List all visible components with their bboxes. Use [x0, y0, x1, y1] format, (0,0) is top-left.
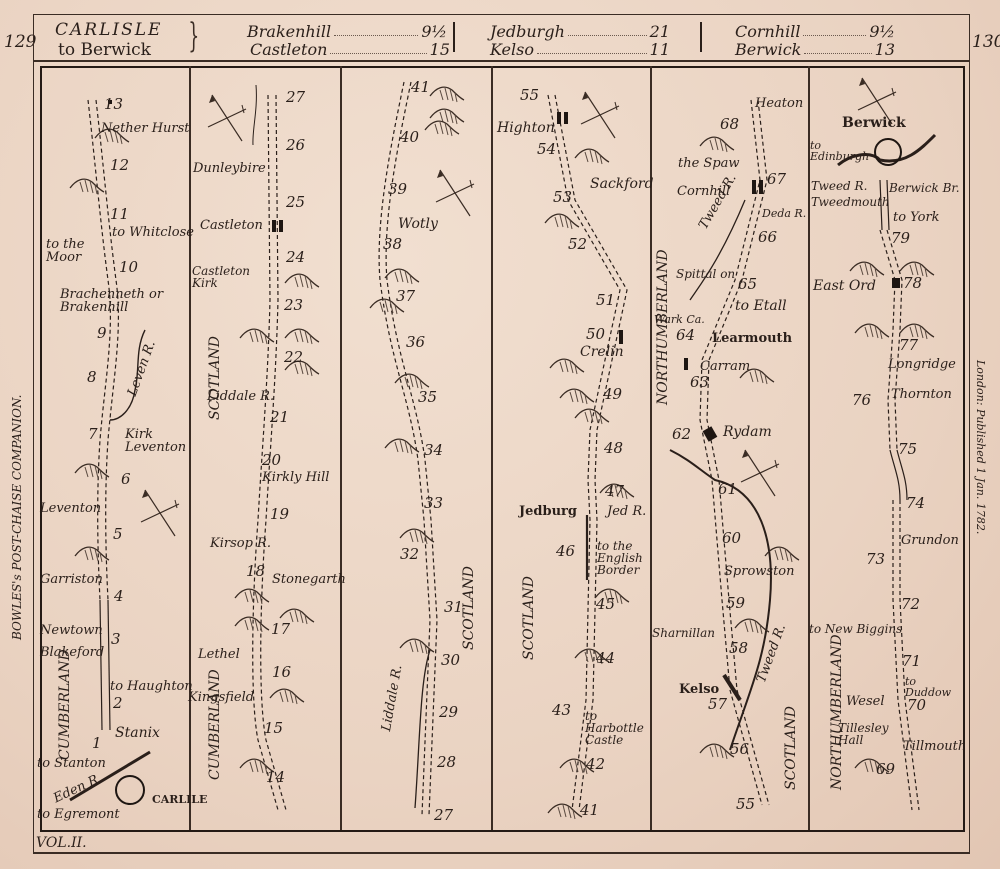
milestone: 43: [552, 703, 571, 718]
milestone: 55: [520, 88, 539, 103]
milestone: 72: [901, 597, 920, 612]
milestone: 64: [676, 328, 695, 343]
milestone: 77: [899, 338, 918, 353]
milestone: 9: [97, 326, 107, 341]
milestone: 70: [907, 698, 926, 713]
place-label: to Edinburgh: [810, 140, 870, 162]
milestone: 56: [730, 742, 749, 757]
place-label: Berwick Br.: [889, 182, 960, 194]
place-label: to Harbottle Castle: [585, 710, 655, 746]
milestone: 75: [898, 442, 917, 457]
milestone: 15: [264, 721, 283, 736]
bottom-rule: [33, 852, 970, 854]
milestone: 38: [383, 237, 402, 252]
milestone: 54: [537, 142, 556, 157]
milestone: 12: [110, 158, 129, 173]
milestone: 23: [284, 298, 303, 313]
county-label: SCOTLAND: [462, 240, 476, 660]
milestone: 79: [891, 231, 910, 246]
milestone: 11: [110, 207, 129, 222]
place-label: Nether Hurst: [101, 122, 190, 135]
milestone: 18: [246, 564, 265, 579]
milestone: 67: [767, 172, 786, 187]
place-label: Heaton: [755, 97, 803, 110]
place-label: to New Biggins: [809, 623, 902, 635]
county-label: SCOTLAND: [522, 270, 536, 670]
milestone: 63: [690, 375, 709, 390]
river-label: Deda R.: [762, 208, 806, 219]
place-label: Kirkly Hill: [262, 471, 329, 484]
place-label: to the English Border: [597, 540, 657, 576]
place-label: the Spaw: [678, 157, 740, 170]
milestone: 25: [286, 195, 305, 210]
milestone: 47: [605, 484, 624, 499]
milestone: 52: [568, 237, 587, 252]
place-label: Sackford: [590, 177, 654, 191]
milestone: 16: [272, 665, 291, 680]
milestone: 65: [738, 277, 757, 292]
milestone: 46: [556, 544, 575, 559]
county-label: SCOTLAND: [784, 420, 798, 800]
milestone: 58: [729, 641, 748, 656]
place-label: Carram: [700, 360, 750, 373]
river-label: Tweed R.: [811, 180, 867, 192]
place-label: Dunleybire: [193, 162, 266, 175]
milestone: 29: [439, 705, 458, 720]
place-label: Tillmouth: [903, 740, 966, 753]
place-label: Stanix: [115, 726, 160, 740]
milestone: 37: [396, 289, 415, 304]
river-label: Jed R.: [607, 505, 646, 518]
milestone: 2: [113, 696, 123, 711]
county-label: CUMBERLAND: [58, 130, 72, 770]
place-label: Crelin: [580, 345, 624, 359]
county-label: SCOTLAND: [208, 150, 222, 430]
county-label: NORTHUMBERLAND: [830, 260, 844, 800]
milestone: 59: [726, 596, 745, 611]
place-label: Thornton: [891, 388, 952, 401]
place-label: Spittal on: [676, 268, 735, 280]
milestone: 4: [114, 589, 124, 604]
milestone: 26: [286, 138, 305, 153]
town-label-carlisle: CARLILE: [152, 794, 182, 805]
milestone: 41: [580, 803, 599, 818]
place-label: Highton: [497, 121, 555, 135]
milestone: 60: [722, 531, 741, 546]
milestone: 32: [400, 547, 419, 562]
milestone: 69: [876, 762, 895, 777]
milestone: 13: [104, 97, 123, 112]
county-label: NORTHUMBERLAND: [656, 75, 670, 415]
milestone: 8: [87, 370, 97, 385]
place-label: Brachenneth or Brakenhill: [60, 288, 170, 314]
milestone: 3: [111, 632, 121, 647]
town-label-berwick: Berwick: [842, 116, 906, 130]
milestone: 51: [596, 293, 615, 308]
place-label: to Whitclose: [112, 226, 194, 239]
milestone: 78: [903, 276, 922, 291]
milestone: 42: [586, 757, 605, 772]
milestone: 53: [553, 190, 572, 205]
place-label: Sharnillan: [652, 627, 715, 639]
milestone: 44: [596, 651, 615, 666]
place-label: Longridge: [888, 358, 956, 371]
place-label: to Etall: [735, 299, 787, 313]
milestone: 74: [906, 496, 925, 511]
milestone: 39: [388, 182, 407, 197]
place-label: Wesel: [846, 695, 885, 708]
milestone: 1: [92, 736, 102, 751]
milestone: 6: [121, 472, 131, 487]
milestone: 57: [708, 697, 727, 712]
place-label: to Egremont: [37, 808, 120, 821]
milestone: 27: [286, 90, 305, 105]
place-label: to Duddow: [905, 676, 955, 698]
place-label: Kirk Leventon: [125, 428, 195, 454]
publisher-note: London: Published 1 Jan. 1782.: [974, 360, 987, 534]
county-label: CUMBERLAND: [208, 450, 222, 790]
milestone: 30: [441, 653, 460, 668]
milestone: 28: [437, 755, 456, 770]
milestone: 40: [400, 130, 419, 145]
milestone: 71: [902, 654, 921, 669]
milestone: 55: [736, 797, 755, 812]
milestone: 21: [270, 410, 289, 425]
milestone: 24: [286, 250, 305, 265]
milestone: 19: [270, 507, 289, 522]
place-label: Learmouth: [712, 332, 792, 345]
milestone: 50: [586, 327, 605, 342]
milestone: 61: [718, 482, 737, 497]
place-label: Stonegarth: [272, 573, 346, 586]
milestone: 68: [720, 117, 739, 132]
milestone: 17: [271, 622, 290, 637]
milestone: 20: [262, 453, 281, 468]
place-label: Tweedmouth: [811, 196, 890, 208]
milestone: 62: [672, 427, 691, 442]
place-label: East Ord: [813, 279, 876, 293]
milestone: 76: [852, 393, 871, 408]
place-label: Wotly: [398, 217, 438, 231]
milestone: 45: [596, 597, 615, 612]
milestone: 22: [284, 350, 303, 365]
place-label: to York: [893, 211, 940, 224]
milestone: 5: [113, 527, 123, 542]
milestone: 27: [434, 808, 453, 823]
place-label: Rydam: [723, 425, 772, 439]
milestone: 73: [866, 552, 885, 567]
milestone: 34: [424, 443, 443, 458]
milestone: 33: [424, 496, 443, 511]
place-label: to Haughton: [110, 680, 193, 693]
side-title: BOWLES's POST-CHAISE COMPANION.: [10, 395, 24, 641]
place-label: Grundon: [901, 534, 959, 547]
milestone: 49: [603, 387, 622, 402]
milestone: 48: [604, 441, 623, 456]
milestone: 36: [406, 335, 425, 350]
milestone: 66: [758, 230, 777, 245]
milestone: 7: [88, 427, 98, 442]
place-label: Tillesley Hall: [838, 722, 893, 746]
milestone: 14: [266, 770, 285, 785]
volume-label: VOL.II.: [36, 835, 87, 851]
milestone: 41: [411, 80, 430, 95]
milestone: 35: [418, 390, 437, 405]
milestone: 10: [119, 260, 138, 275]
